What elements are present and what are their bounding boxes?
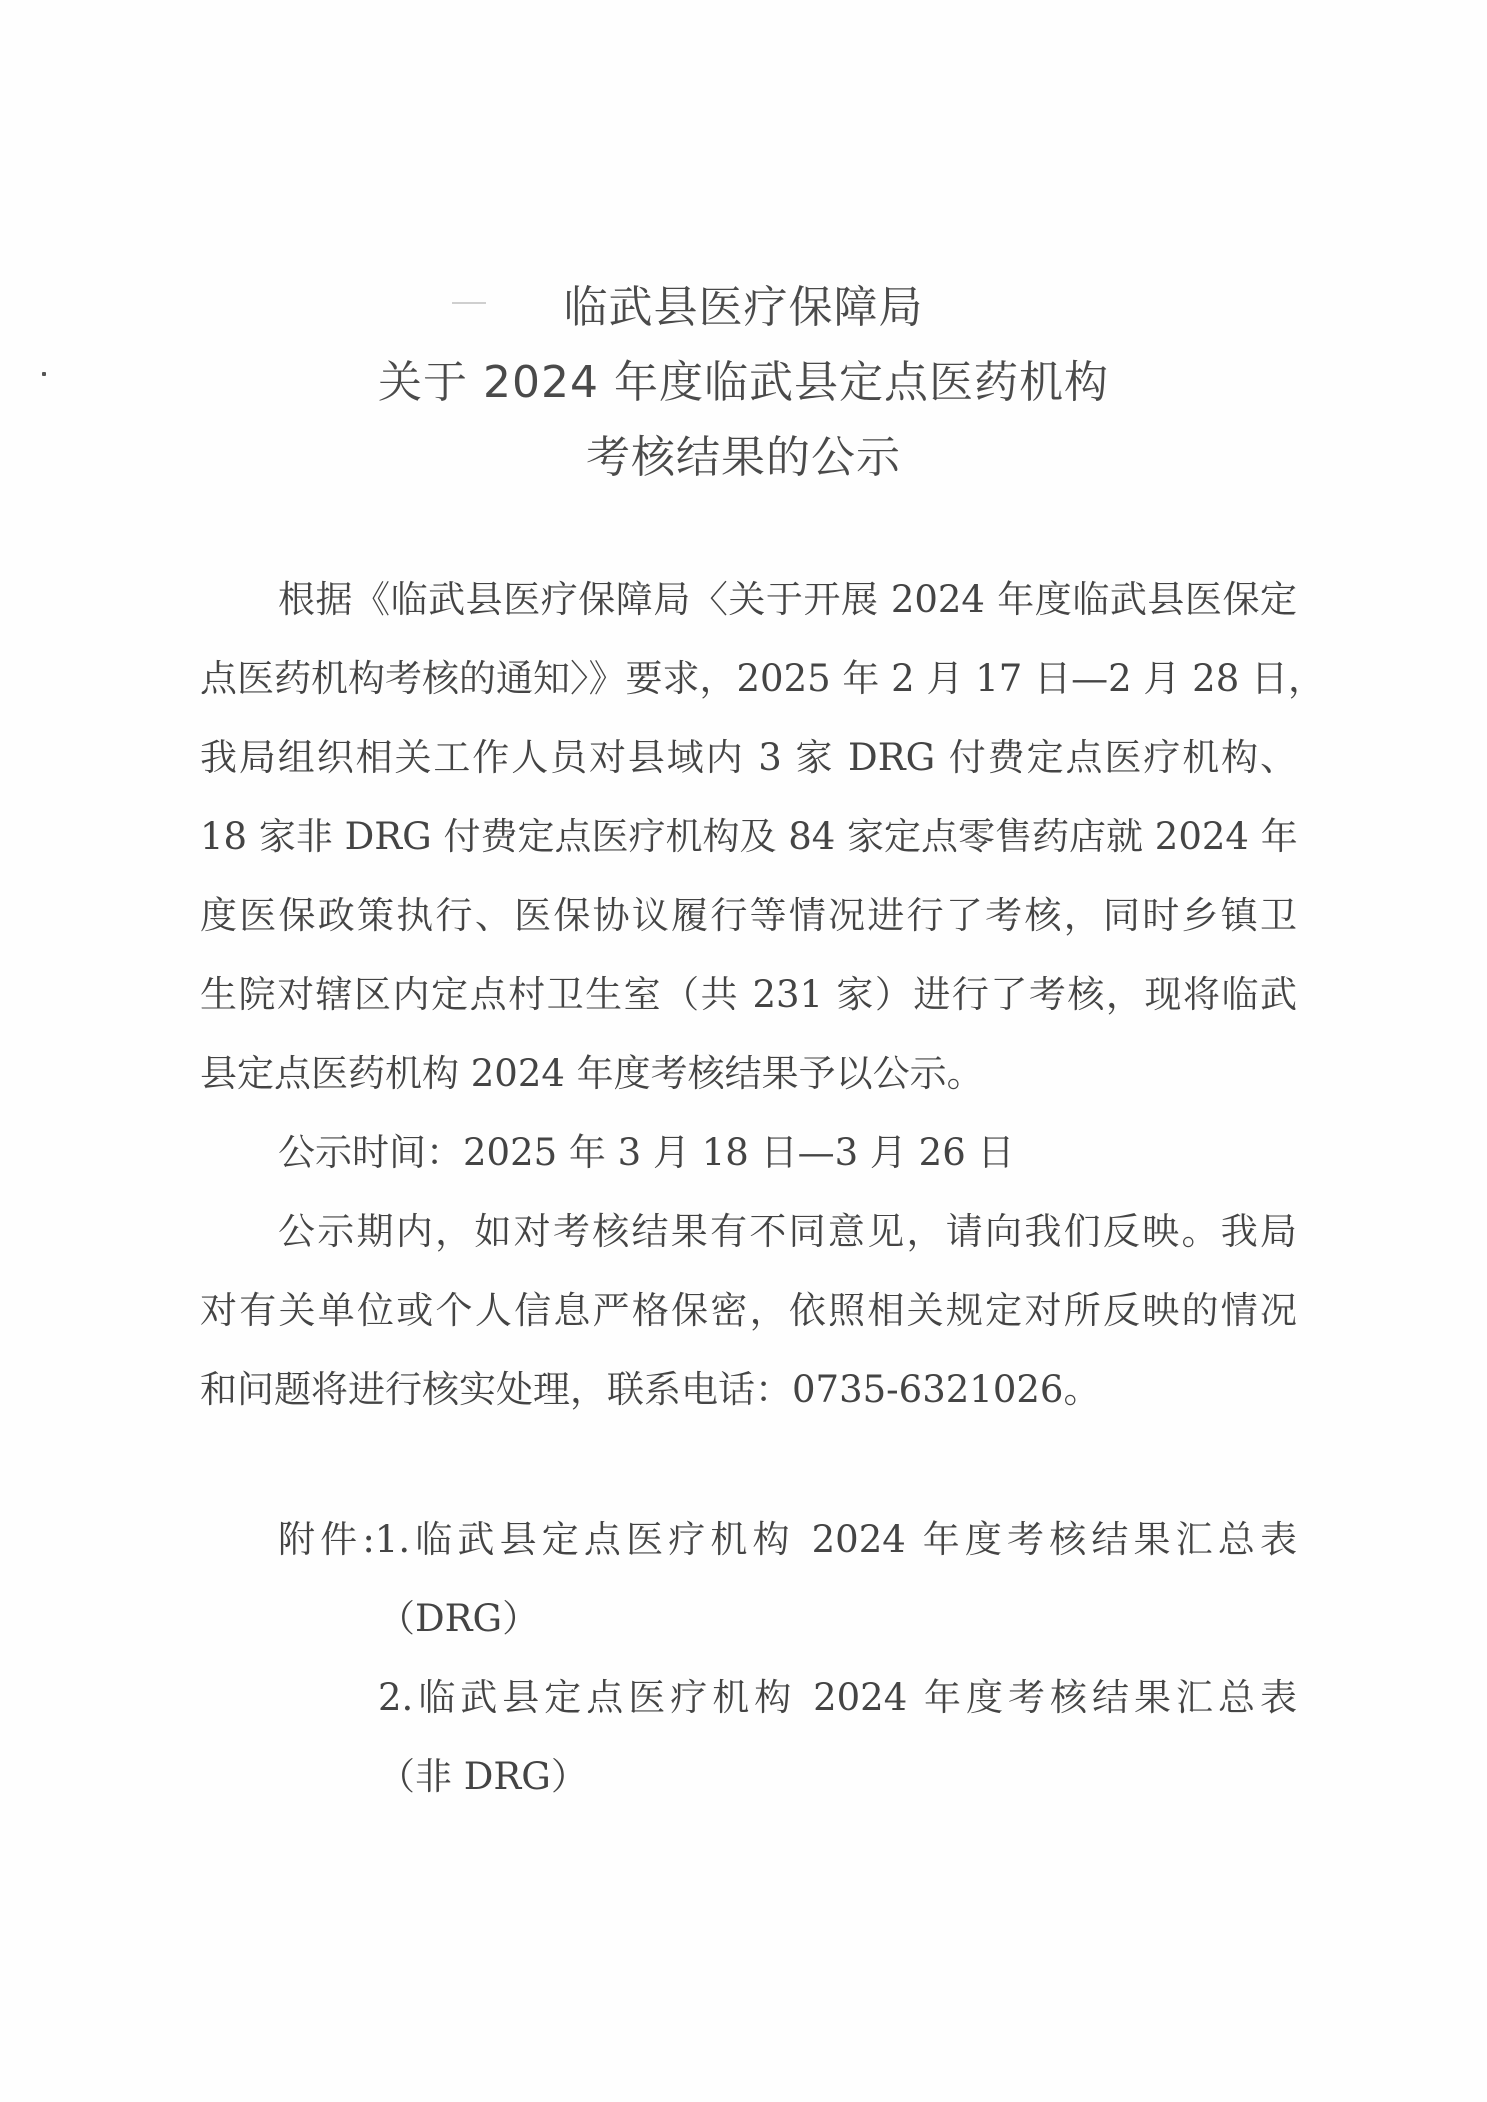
paragraph-line: 根据《临武县医疗保障局〈关于开展 2024 年度临武县医保定	[278, 578, 1297, 622]
paragraph-line: 对有关单位或个人信息严格保密，依照相关规定对所反映的情况	[200, 1289, 1297, 1333]
paragraph-line: 18 家非 DRG 付费定点医疗机构及 84 家定点零售药店就 2024 年	[200, 815, 1297, 859]
paragraph-line: 公示期内，如对考核结果有不同意见，请向我们反映。我局	[278, 1210, 1297, 1254]
attachment-item-1-suffix: （DRG）	[378, 1597, 539, 1641]
attachment-number: 1.	[375, 1518, 410, 1561]
paragraph-line: 点医药机构考核的通知〉》要求，2025 年 2 月 17 日—2 月 28 日，	[200, 657, 1297, 701]
attachment-item-2: 2.临武县定点医疗机构 2024 年度考核结果汇总表	[378, 1676, 1297, 1720]
paragraph-line: 我局组织相关工作人员对县域内 3 家 DRG 付费定点医疗机构、	[200, 736, 1297, 780]
attachment-item-2-suffix: （非 DRG）	[378, 1755, 588, 1799]
attachments-label: 附件:	[278, 1518, 375, 1561]
title-line-issuer: 临武县医疗保障局	[0, 270, 1487, 345]
document-page: 临武县医疗保障局 关于 2024 年度临武县定点医药机构 考核结果的公示 根据《…	[0, 0, 1487, 2102]
paragraph-line: 和问题将进行核实处理，联系电话：0735-6321026。	[200, 1368, 1297, 1412]
paragraph-line: 县定点医药机构 2024 年度考核结果予以公示。	[200, 1052, 1297, 1096]
attachment-title: 临武县定点医疗机构 2024 年度考核结果汇总表	[413, 1676, 1297, 1719]
paragraph-line: 度医保政策执行、医保协议履行等情况进行了考核，同时乡镇卫	[200, 894, 1297, 938]
attachment-number: 2.	[378, 1676, 413, 1719]
attachment-title: 临武县定点医疗机构 2024 年度考核结果汇总表	[410, 1518, 1297, 1561]
title-line-subject: 关于 2024 年度临武县定点医药机构	[0, 345, 1487, 420]
publicity-period-label: 公示时间：	[278, 1131, 463, 1174]
paragraph-line: 生院对辖区内定点村卫生室（共 231 家）进行了考核，现将临武	[200, 973, 1297, 1017]
publicity-period-value: 2025 年 3 月 18 日—3 月 26 日	[463, 1131, 1015, 1174]
title-line-type: 考核结果的公示	[0, 420, 1487, 495]
publicity-period: 公示时间：2025 年 3 月 18 日—3 月 26 日	[278, 1131, 1297, 1175]
document-title: 临武县医疗保障局 关于 2024 年度临武县定点医药机构 考核结果的公示	[0, 270, 1487, 495]
attachment-item-1: 附件:1.临武县定点医疗机构 2024 年度考核结果汇总表	[278, 1518, 1297, 1562]
